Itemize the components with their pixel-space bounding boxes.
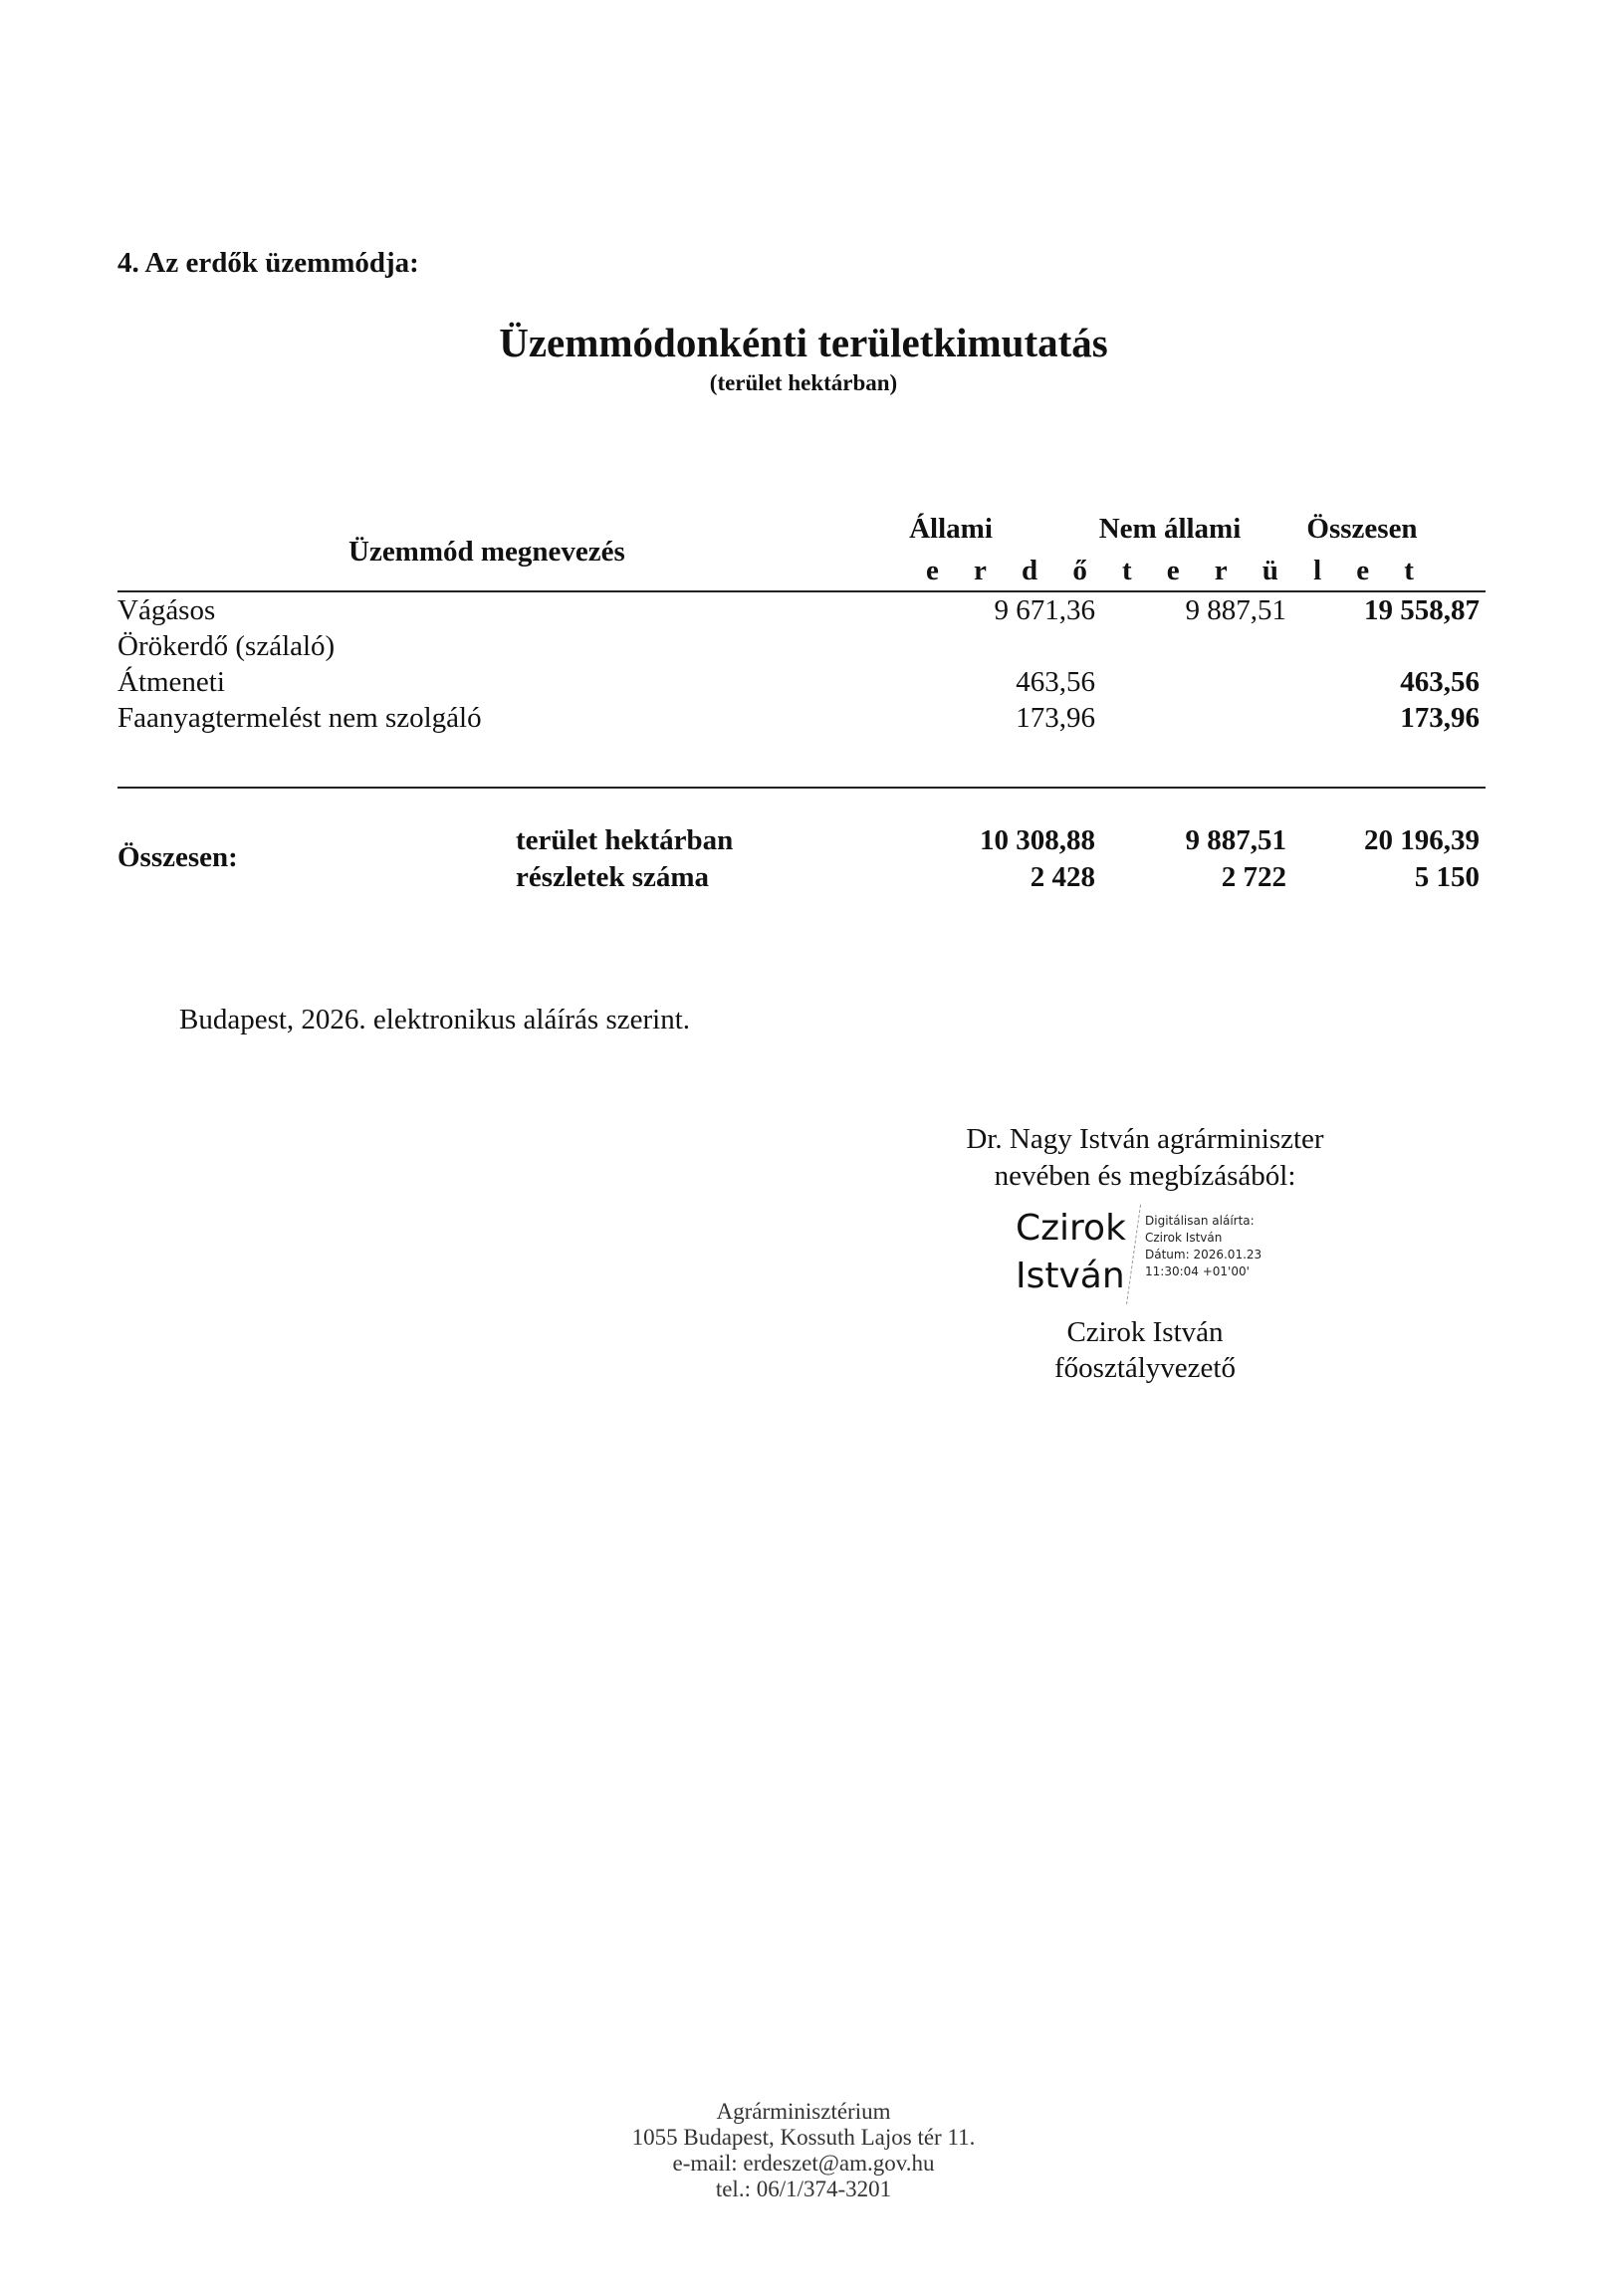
digital-name-second: István	[1016, 1253, 1126, 1300]
table-row: Örökerdő (szálaló)	[117, 630, 1486, 666]
footer-email[interactable]: e-mail: erdeszet@am.gov.hu	[0, 2151, 1607, 2177]
column-header-nem-allami: Nem állami	[1070, 513, 1269, 546]
footer-address: 1055 Budapest, Kossuth Lajos tér 11.	[0, 2125, 1607, 2151]
group-label-letter: r	[974, 555, 987, 587]
row-osszesen: 173,96	[1400, 702, 1480, 735]
totals-count-osszesen: 5 150	[1415, 861, 1480, 894]
row-allami: 173,96	[1016, 702, 1095, 735]
digital-signature[interactable]: Czirok István Digitálisan aláírta:Czirok…	[1016, 1205, 1334, 1314]
group-label-letter: t	[1404, 555, 1414, 587]
signature-meta-line: Digitálisan aláírta:	[1145, 1213, 1262, 1230]
page-title: Üzemmódonkénti területkimutatás	[0, 319, 1607, 366]
signature-meta-line: Dátum: 2026.01.23	[1145, 1247, 1262, 1263]
digital-signature-name: Czirok István	[1016, 1205, 1126, 1300]
digital-signature-meta: Digitálisan aláírta:Czirok IstvánDátum: …	[1145, 1213, 1262, 1280]
column-header-name: Üzemmód megnevezés	[348, 536, 625, 569]
signer-position: főosztályvezető	[876, 1352, 1414, 1385]
row-nem-allami: 9 887,51	[1186, 594, 1287, 627]
row-name: Örökerdő (szálaló)	[117, 630, 335, 663]
totals-count-nem-allami: 2 722	[1222, 861, 1286, 894]
footer-phone: tel.: 06/1/374-3201	[0, 2177, 1607, 2202]
totals-count-allami: 2 428	[1031, 861, 1095, 894]
row-osszesen: 19 558,87	[1364, 594, 1480, 627]
table-row: Faanyagtermelést nem szolgáló173,96173,9…	[117, 702, 1486, 738]
header-divider	[117, 590, 1486, 592]
group-label-letter: e	[926, 555, 939, 587]
group-label-letter: ő	[1072, 555, 1087, 587]
group-label-letter: d	[1022, 555, 1037, 587]
column-header-osszesen: Összesen	[1263, 513, 1462, 546]
column-header-allami: Állami	[851, 513, 1050, 546]
signature-meta-line: Czirok István	[1145, 1230, 1262, 1247]
group-label-letter: e	[1167, 555, 1180, 587]
row-name: Vágásos	[117, 594, 215, 627]
totals-divider	[117, 787, 1486, 789]
table-row: Átmeneti463,56463,56	[117, 666, 1486, 702]
signer-name: Czirok István	[876, 1316, 1414, 1349]
row-allami: 9 671,36	[995, 594, 1096, 627]
group-label-letter: ü	[1263, 555, 1278, 587]
signature-line-1: Dr. Nagy István agrárminiszter	[876, 1123, 1414, 1156]
column-group-label: erdőterület	[926, 555, 1414, 587]
row-name: Átmeneti	[117, 666, 225, 699]
section-title: 4. Az erdők üzemmódja:	[117, 247, 419, 280]
place-date: Budapest, 2026. elektronikus aláírás sze…	[179, 1004, 690, 1036]
signature-line-2: nevében és megbízásából:	[876, 1160, 1414, 1193]
footer-org: Agrárminisztérium	[0, 2099, 1607, 2125]
row-name: Faanyagtermelést nem szolgáló	[117, 702, 482, 735]
group-label-letter: l	[1313, 555, 1321, 587]
totals-area-label: terület hektárban	[516, 824, 733, 857]
totals-row-area: terület hektárban 10 308,88 9 887,51 20 …	[117, 824, 1486, 860]
table-row: Vágásos9 671,369 887,5119 558,87	[117, 594, 1486, 630]
signature-meta-line: 11:30:04 +01'00'	[1145, 1263, 1262, 1280]
group-label-letter: e	[1356, 555, 1369, 587]
row-allami: 463,56	[1016, 666, 1095, 699]
totals-area-allami: 10 308,88	[980, 824, 1095, 857]
totals-count-label: részletek száma	[516, 861, 709, 894]
totals-area-osszesen: 20 196,39	[1364, 824, 1480, 857]
totals-area-nem-allami: 9 887,51	[1186, 824, 1287, 857]
totals-row-count: részletek száma 2 428 2 722 5 150	[117, 861, 1486, 897]
group-label-letter: r	[1215, 555, 1228, 587]
row-osszesen: 463,56	[1400, 666, 1480, 699]
digital-name-first: Czirok	[1016, 1205, 1126, 1253]
group-label-letter: t	[1122, 555, 1132, 587]
page-subtitle: (terület hektárban)	[0, 370, 1607, 396]
